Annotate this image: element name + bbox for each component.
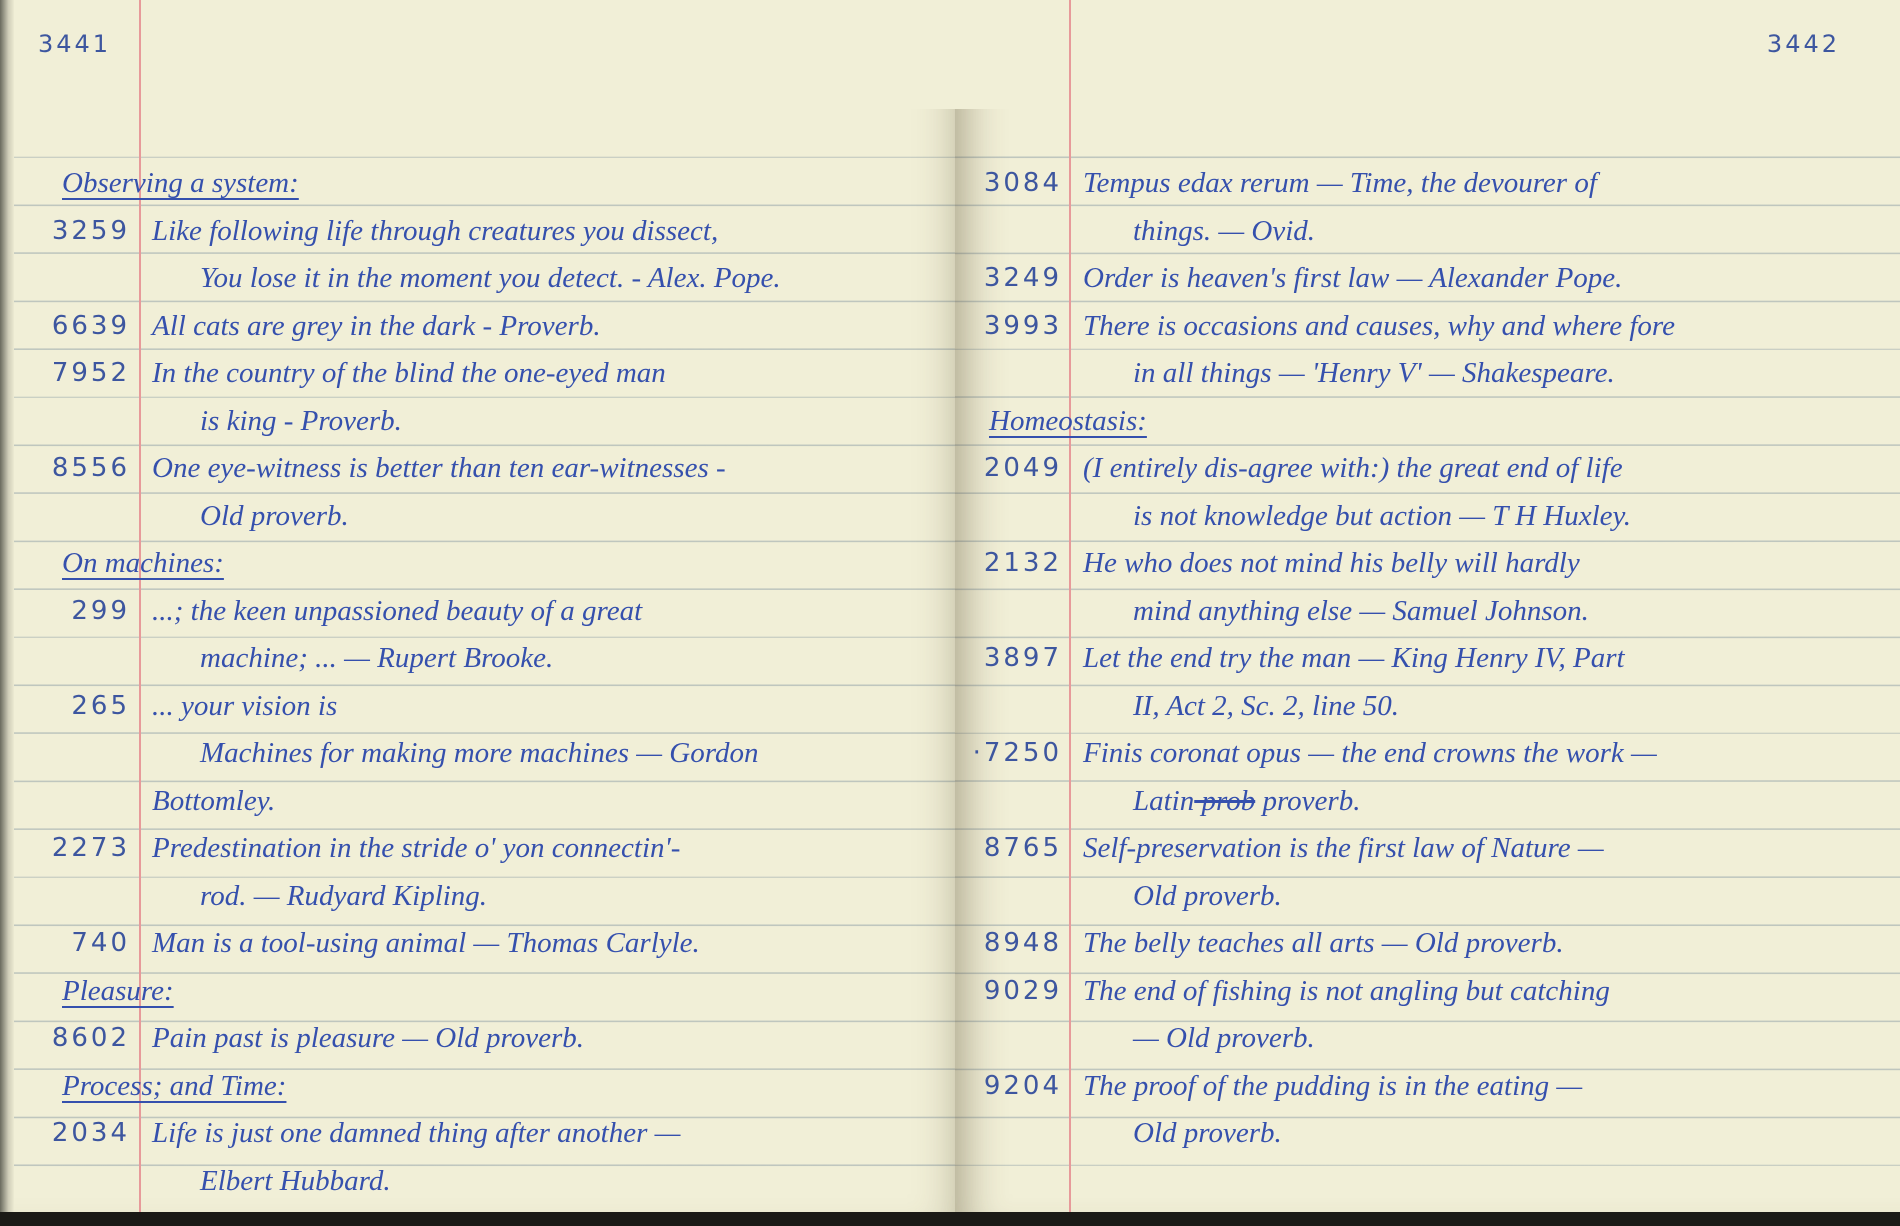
quote-entry: 8948The belly teaches all arts — Old pro…	[955, 918, 1900, 966]
entry-number: ·7250	[973, 738, 1062, 768]
quote-text: Old proverb.	[1133, 1117, 1282, 1150]
quote-text: Old proverb.	[200, 500, 349, 533]
entry-number: 2273	[52, 833, 130, 863]
section-heading: Observing a system:	[0, 158, 955, 206]
quote-text: is king - Proverb.	[200, 405, 402, 438]
quote-continuation: Old proverb.	[955, 1108, 1900, 1156]
notebook-spread: 3441 Observing a system:3259Like followi…	[0, 0, 1900, 1212]
entry-number: 2132	[984, 548, 1062, 578]
entry-number: 8765	[984, 833, 1062, 863]
quote-text: Man is a tool-using animal — Thomas Carl…	[152, 927, 700, 960]
quote-text: — Old proverb.	[1133, 1022, 1315, 1055]
quote-text: mind anything else — Samuel Johnson.	[1133, 595, 1589, 628]
quote-continuation: Elbert Hubbard.	[0, 1155, 955, 1203]
section-heading: On machines:	[0, 538, 955, 586]
entry-number: 299	[71, 596, 130, 626]
heading-text: Observing a system:	[62, 167, 299, 200]
quote-entry: Bottomley.	[0, 775, 955, 823]
entry-number: 3249	[984, 263, 1062, 293]
section-heading: Homeostasis:	[955, 395, 1900, 443]
quote-text: Predestination in the stride o' yon conn…	[152, 832, 680, 865]
struck-word: prob	[1194, 785, 1255, 817]
quote-continuation: Latin prob proverb.	[955, 775, 1900, 823]
section-heading: Pleasure:	[0, 965, 955, 1013]
right-page: 3442 3084Tempus edax rerum — Time, the d…	[955, 0, 1900, 1212]
quote-entry: 6639All cats are grey in the dark - Prov…	[0, 300, 955, 348]
quote-continuation: things. — Ovid.	[955, 205, 1900, 253]
heading-text: On machines:	[62, 547, 224, 580]
right-page-content: 3084Tempus edax rerum — Time, the devour…	[955, 110, 1900, 1155]
quote-text: Finis coronat opus — the end crowns the …	[1083, 737, 1657, 770]
quote-continuation: II, Act 2, Sc. 2, line 50.	[955, 680, 1900, 728]
quote-entry: 8765Self-preservation is the first law o…	[955, 823, 1900, 871]
quote-entry: 3259Like following life through creature…	[0, 205, 955, 253]
quote-continuation: Old proverb.	[0, 490, 955, 538]
quote-continuation: machine; ... — Rupert Brooke.	[0, 633, 955, 681]
quote-text: Old proverb.	[1133, 880, 1282, 913]
quote-text: The proof of the pudding is in the eatin…	[1083, 1070, 1582, 1103]
quote-entry: 3993There is occasions and causes, why a…	[955, 300, 1900, 348]
quote-entry: ·7250Finis coronat opus — the end crowns…	[955, 728, 1900, 776]
quote-text: II, Act 2, Sc. 2, line 50.	[1133, 690, 1399, 723]
quote-text: You lose it in the moment you detect. - …	[200, 262, 781, 295]
page-number: 3441	[38, 30, 111, 58]
quote-text: Machines for making more machines — Gord…	[200, 737, 758, 770]
heading-text: Process; and Time:	[62, 1070, 286, 1103]
quote-continuation: rod. — Rudyard Kipling.	[0, 870, 955, 918]
quote-text: Let the end try the man — King Henry IV,…	[1083, 642, 1625, 675]
quote-continuation: in all things — 'Henry V' — Shakespeare.	[955, 348, 1900, 396]
entry-number: 6639	[52, 311, 130, 341]
quote-text: Like following life through creatures yo…	[152, 215, 718, 248]
quote-continuation: is king - Proverb.	[0, 395, 955, 443]
quote-text: is not knowledge but action — T H Huxley…	[1133, 500, 1631, 533]
quote-text: Elbert Hubbard.	[200, 1165, 391, 1198]
entry-number: 2034	[52, 1118, 130, 1148]
entry-number: 3993	[984, 311, 1062, 341]
quote-entry: 2132He who does not mind his belly will …	[955, 538, 1900, 586]
entry-number: 3084	[984, 168, 1062, 198]
quote-entry: 3084Tempus edax rerum — Time, the devour…	[955, 158, 1900, 206]
entry-number: 9204	[984, 1071, 1062, 1101]
quote-text: ... your vision is	[152, 690, 337, 723]
quote-entry: 2049(I entirely dis-agree with:) the gre…	[955, 443, 1900, 491]
quote-text: There is occasions and causes, why and w…	[1083, 310, 1675, 343]
quote-entry: 7952In the country of the blind the one-…	[0, 348, 955, 396]
entry-number: 2049	[984, 453, 1062, 483]
section-heading: Process; and Time:	[0, 1060, 955, 1108]
quote-continuation: is not knowledge but action — T H Huxley…	[955, 490, 1900, 538]
quote-entry: 3249Order is heaven's first law — Alexan…	[955, 253, 1900, 301]
quote-text: rod. — Rudyard Kipling.	[200, 880, 487, 913]
quote-entry: 265 ... your vision is	[0, 680, 955, 728]
quote-text: The belly teaches all arts — Old proverb…	[1083, 927, 1564, 960]
quote-entry: 3897Let the end try the man — King Henry…	[955, 633, 1900, 681]
heading-text: Homeostasis:	[989, 405, 1147, 438]
quote-text: Self-preservation is the first law of Na…	[1083, 832, 1604, 865]
heading-text: Pleasure:	[62, 975, 174, 1008]
quote-continuation: — Old proverb.	[955, 1013, 1900, 1061]
quote-text: (I entirely dis-agree with:) the great e…	[1083, 452, 1623, 485]
entry-number: 7952	[52, 358, 130, 388]
blank-line	[955, 110, 1900, 158]
entry-number: 8948	[984, 928, 1062, 958]
quote-text: Pain past is pleasure — Old proverb.	[152, 1022, 584, 1055]
quote-text: things. — Ovid.	[1133, 215, 1315, 248]
quote-text: In the country of the blind the one-eyed…	[152, 357, 666, 390]
quote-text: ...; the keen unpassioned beauty of a gr…	[152, 595, 642, 628]
quote-text: One eye-witness is better than ten ear-w…	[152, 452, 726, 485]
quote-text: He who does not mind his belly will hard…	[1083, 547, 1580, 580]
quote-text: Life is just one damned thing after anot…	[152, 1117, 680, 1150]
entry-number: 8556	[52, 453, 130, 483]
quote-text: Bottomley.	[152, 785, 275, 818]
quote-entry: 8602Pain past is pleasure — Old proverb.	[0, 1013, 955, 1061]
quote-text: Latin prob proverb.	[1133, 785, 1360, 818]
entry-number: 8602	[52, 1023, 130, 1053]
entry-number: 265	[71, 691, 130, 721]
entry-number: 3897	[984, 643, 1062, 673]
quote-entry: 9029The end of fishing is not angling bu…	[955, 965, 1900, 1013]
quote-entry: 2034Life is just one damned thing after …	[0, 1108, 955, 1156]
quote-continuation: mind anything else — Samuel Johnson.	[955, 585, 1900, 633]
entry-number: 9029	[984, 976, 1062, 1006]
quote-text: All cats are grey in the dark - Proverb.	[152, 310, 601, 343]
left-page-content: Observing a system:3259Like following li…	[0, 110, 955, 1203]
quote-text: The end of fishing is not angling but ca…	[1083, 975, 1610, 1008]
page-number: 3442	[1767, 30, 1840, 58]
quote-entry: 9204The proof of the pudding is in the e…	[955, 1060, 1900, 1108]
blank-line	[0, 110, 955, 158]
quote-continuation: Machines for making more machines — Gord…	[0, 728, 955, 776]
quote-text: Order is heaven's first law — Alexander …	[1083, 262, 1622, 295]
left-page: 3441 Observing a system:3259Like followi…	[0, 0, 955, 1212]
quote-text: machine; ... — Rupert Brooke.	[200, 642, 553, 675]
quote-entry: 740Man is a tool-using animal — Thomas C…	[0, 918, 955, 966]
quote-entry: 2273Predestination in the stride o' yon …	[0, 823, 955, 871]
entry-number: 3259	[52, 216, 130, 246]
quote-text: in all things — 'Henry V' — Shakespeare.	[1133, 357, 1615, 390]
quote-entry: 299...; the keen unpassioned beauty of a…	[0, 585, 955, 633]
quote-text: Tempus edax rerum — Time, the devourer o…	[1083, 167, 1597, 200]
quote-entry: 8556One eye-witness is better than ten e…	[0, 443, 955, 491]
quote-continuation: Old proverb.	[955, 870, 1900, 918]
quote-continuation: You lose it in the moment you detect. - …	[0, 253, 955, 301]
entry-number: 740	[71, 928, 130, 958]
